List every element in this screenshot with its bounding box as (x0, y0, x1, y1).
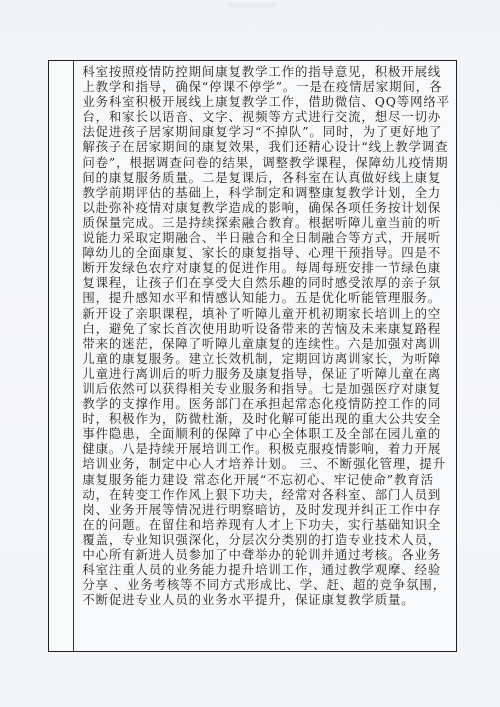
text-line: 复课程，让孩子们在享受大自然乐趣的同时感受浓厚的亲子氛 (82, 275, 450, 290)
text-line: 在的问题。在留住和培养现有人才上下功夫，实行基础知识全 (82, 517, 450, 532)
text-line: 围，提升感知水平和情感认知能力。五是优化听能管理服务。 (82, 290, 450, 305)
text-line: 儿童进行离训后的听力服务及康复指导，保证了听障儿童在离 (82, 366, 450, 381)
text-line: 说能力采取定期融合、半日融合和全日制融合等方式，开展听 (82, 230, 450, 245)
text-line: 带来的迷茫，保障了听障儿童康复的连续性。六是加强对离训 (82, 336, 450, 351)
text-line: 以赴弥补疫情对康复教学造成的影响，确保各项任务按计划保 (82, 200, 450, 215)
text-line: 解孩子在居家期间的康复效果，我们还精心设计“线上教学调查 (82, 139, 450, 154)
text-line: 教学前期评估的基础上，科学制定和调整康复教学计划，全力 (82, 185, 450, 200)
scan-artifact (228, 2, 276, 8)
text-line: 时，积极作为，防微杜渐，及时化解可能出现的重大公共安全 (82, 411, 450, 426)
text-line: 问卷”，根据调查问卷的结果，调整教学课程，保障幼儿疫情期 (82, 155, 450, 170)
text-line: 科室按照疫情防控期间康复教学工作的指导意见，积极开展线 (82, 64, 450, 79)
text-line: 培训业务，制定中心人才培养计划。 三、不断强化管理，提升 (82, 456, 450, 471)
table-label-cell (49, 61, 74, 651)
text-line: 不断促进专业人员的业务水平提升，保证康复教学质量。 (82, 592, 450, 607)
text-line: 质保量完成。三是持续探索融合教育。根据听障儿童当前的听 (82, 215, 450, 230)
text-line: 中心所有新进人员参加了中聋举办的轮训并通过考核。各业务 (82, 547, 450, 562)
document-table: 科室按照疫情防控期间康复教学工作的指导意见，积极开展线 上教学和指导，确保“停课… (48, 60, 457, 652)
text-line: 白，避免了家长首次使用助听设备带来的苦恼及未来康复路程 (82, 321, 450, 336)
table-content-cell: 科室按照疫情防控期间康复教学工作的指导意见，积极开展线 上教学和指导，确保“停课… (74, 61, 456, 651)
text-line: 岗、业务开展等情况进行明察暗访，及时发现并纠正工作中存 (82, 502, 450, 517)
text-line: 覆盖，专业知识强深化，分层次分类别的打造专业技术人员， (82, 532, 450, 547)
text-line: 科室注重人员的业务能力提升培训工作，通过教学观摩、经验 (82, 562, 450, 577)
text-line: 训后依然可以获得相关专业服务和指导。七是加强医疗对康复 (82, 381, 450, 396)
text-line: 康复服务能力建设 常态化开展“不忘初心、牢记使命”教育活 (82, 472, 450, 487)
text-line: 断开发绿色农疗对康复的促进作用。每周每班安排一节绿色康 (82, 260, 450, 275)
text-line: 教学的支撑作用。医务部门在承担起常态化疫情防控工作的同 (82, 396, 450, 411)
text-line: 障幼儿的全面康复、家长的康复指导、心理干预指导。四是不 (82, 245, 450, 260)
text-line: 业务科室积极开展线上康复教学工作，借助微信、QQ等网络平 (82, 94, 450, 109)
text-line: 分享 、业务考核等不同方式形成比、学、赶、超的竞争氛围， (82, 577, 450, 592)
text-line: 法促进孩子居家期间康复学习“不掉队”。同时，为了更好地了 (82, 124, 450, 139)
scanned-page: 科室按照疫情防控期间康复教学工作的指导意见，积极开展线 上教学和指导，确保“停课… (0, 0, 500, 707)
text-line: 动，在转变工作作风上狠下功夫，经常对各科室、部门人员到 (82, 487, 450, 502)
text-line: 新开设了亲职课程，填补了听障儿童开机初期家长培训上的空 (82, 306, 450, 321)
text-line: 事件隐患，全面顺利的保障了中心全体职工及全部在园儿童的 (82, 426, 450, 441)
text-line: 间的康复服务质量。二是复课后，各科室在认真做好线上康复 (82, 170, 450, 185)
text-line: 上教学和指导，确保“停课不停学”。一是在疫情居家期间，各 (82, 79, 450, 94)
text-line: 儿童的康复服务。建立长效机制，定期回访离训家长，为听障 (82, 351, 450, 366)
text-line: 台，和家长以语音、文字、视频等方式进行交流，想尽一切办 (82, 109, 450, 124)
text-line: 健康。八是持续开展培训工作。积极克服疫情影响，着力开展 (82, 441, 450, 456)
